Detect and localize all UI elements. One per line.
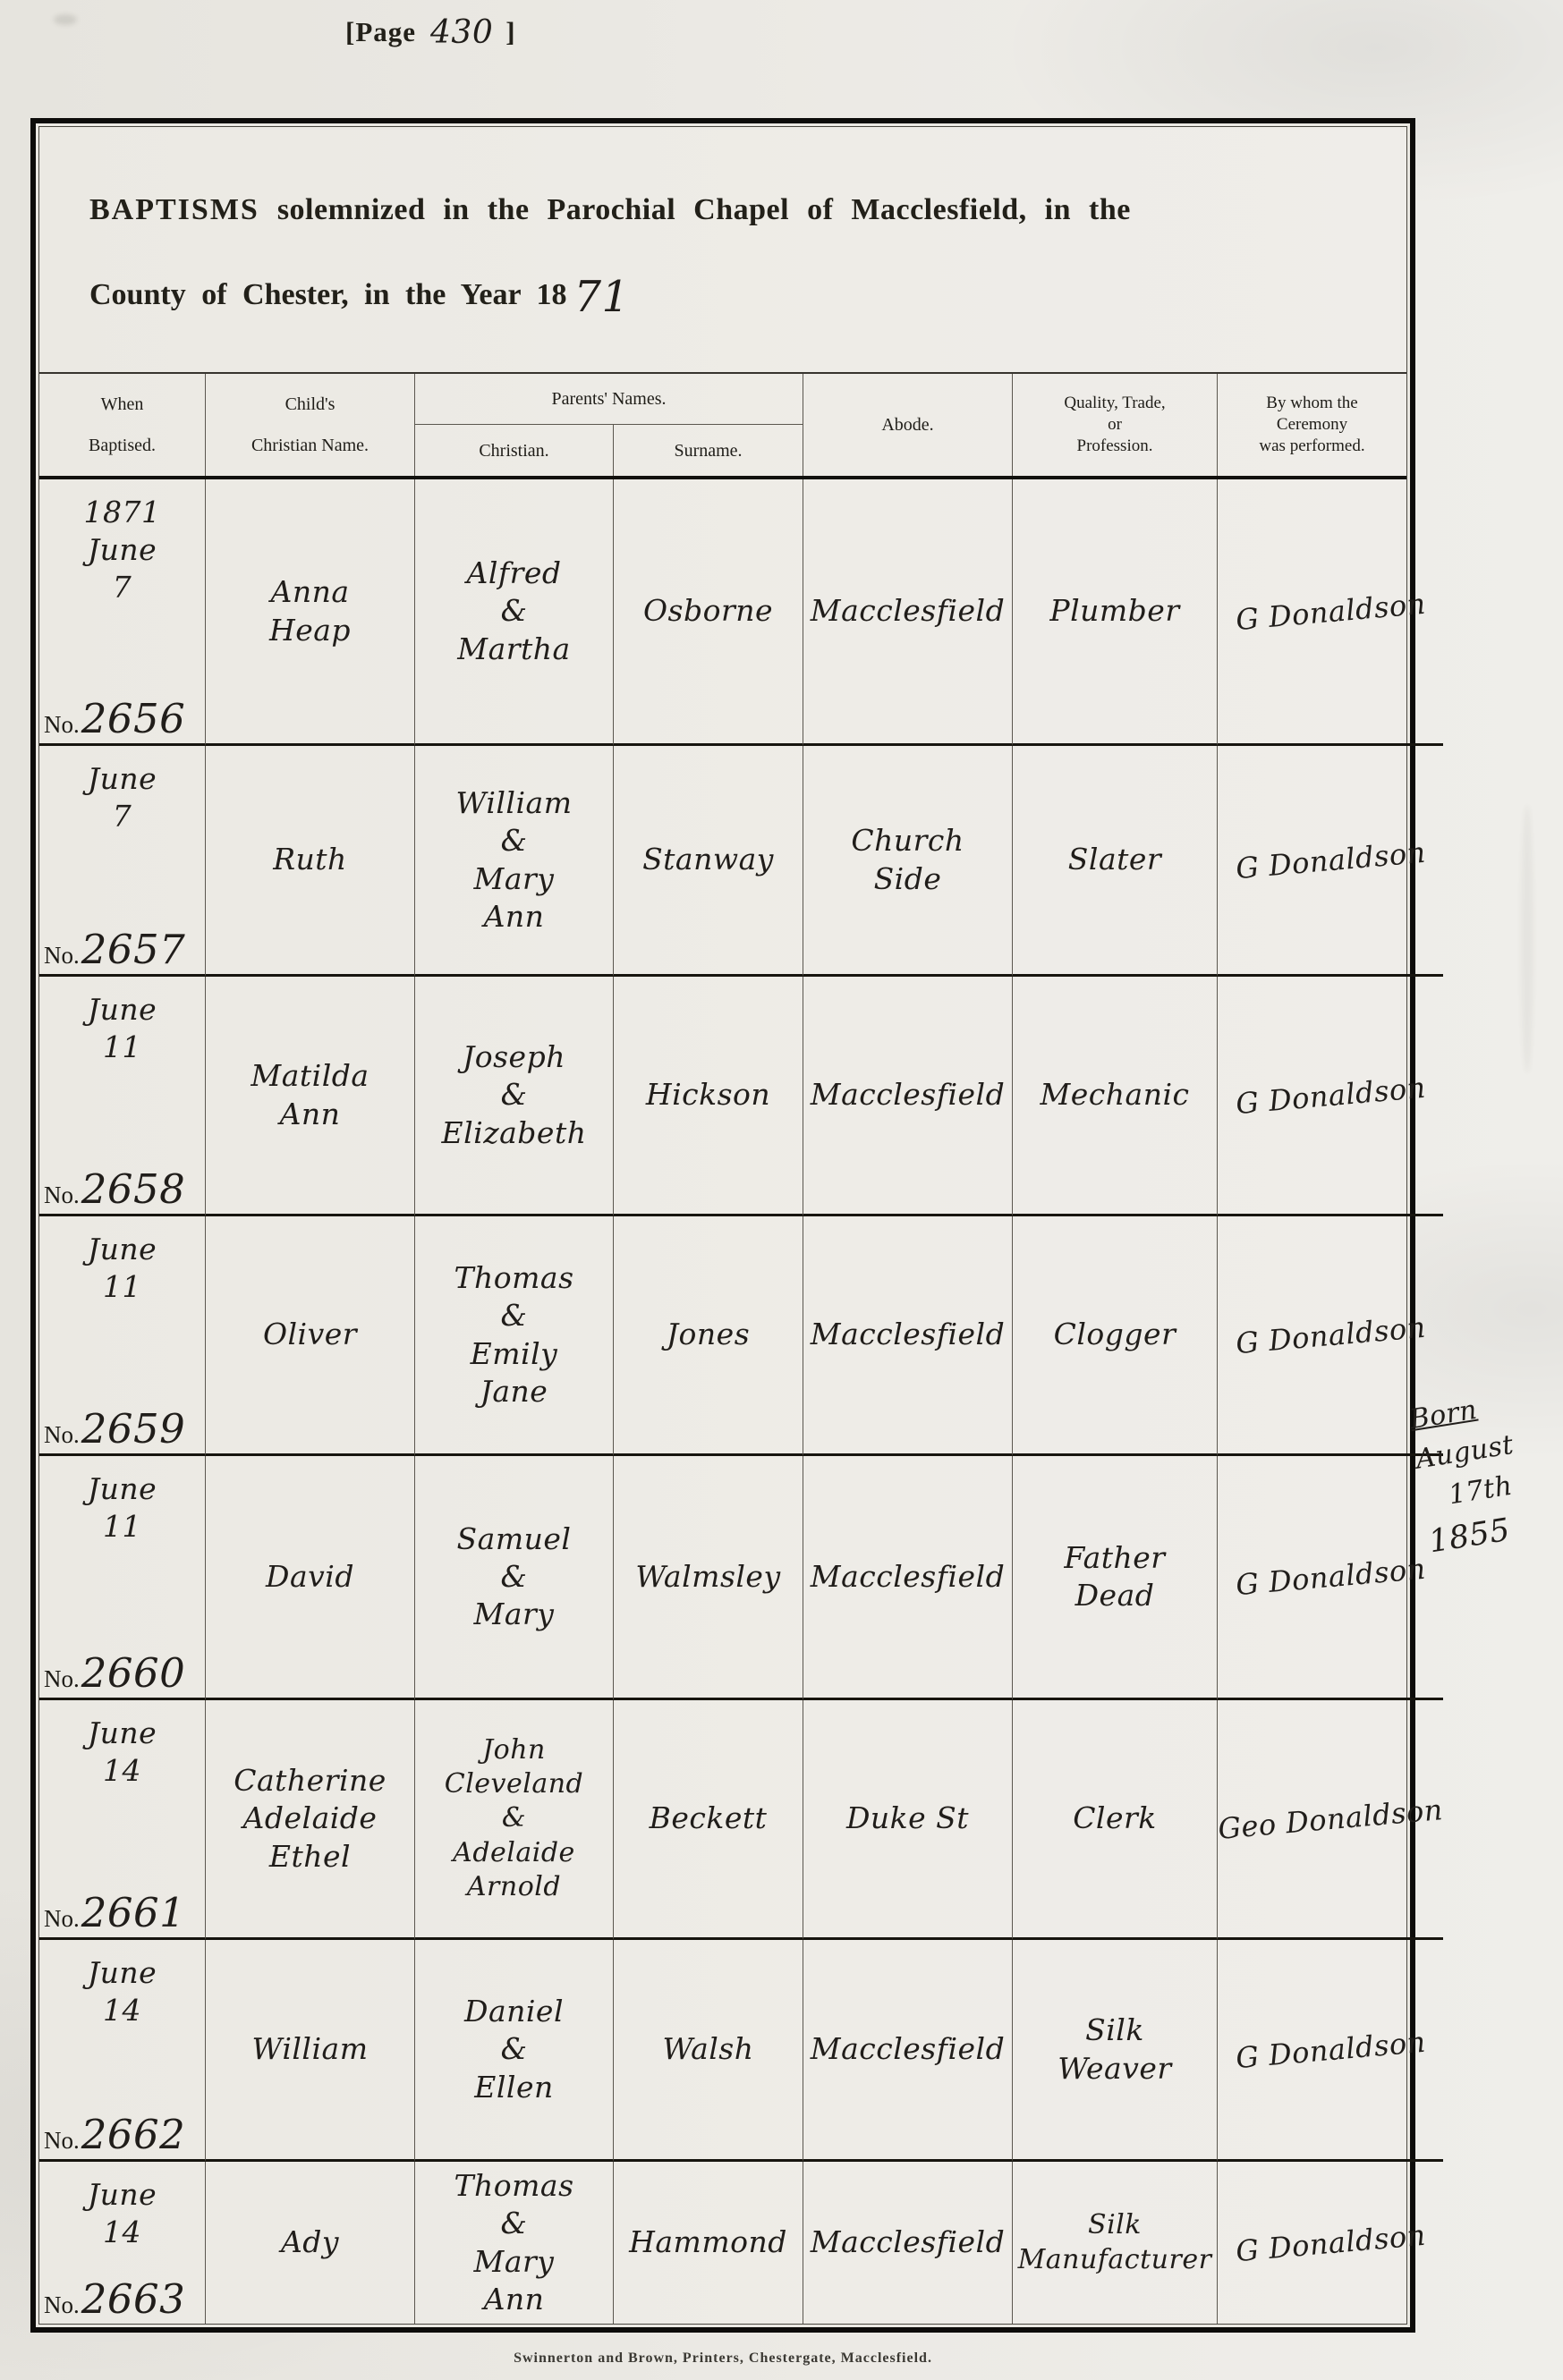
parents-christian-cell: William & Mary Ann <box>415 746 614 977</box>
baptism-date: June 11 <box>39 1456 205 1546</box>
child-name-cell: Oliver <box>206 1216 415 1456</box>
child-name-cell: Anna Heap <box>206 479 415 746</box>
entry-row-2662-when-cell: June 14 No.2662 <box>39 1940 206 2162</box>
no-label: No. <box>44 2291 80 2319</box>
col-header-childs-name: Child's Christian Name. <box>206 374 415 476</box>
title-word-baptisms: BAPTISMS <box>89 193 259 226</box>
col-header-parents-christian: Christian. <box>415 425 614 476</box>
baptism-date: June 11 <box>39 977 205 1066</box>
title-line2-prefix: County of Chester, in the Year <box>89 278 521 311</box>
entry-row-2659-when-cell: June 11 No.2659 <box>39 1216 206 1456</box>
trade-cell: Father Dead <box>1013 1456 1218 1700</box>
minister-cell: G Donaldson <box>1218 746 1443 977</box>
trade-cell: Plumber <box>1013 479 1218 746</box>
parents-christian-cell: Daniel & Ellen <box>415 1940 614 2162</box>
page-label-prefix: [Page <box>345 16 416 47</box>
printer-imprint: Swinnerton and Brown, Printers, Chesterg… <box>30 2350 1415 2367</box>
trade-cell: Silk Manufacturer <box>1013 2162 1218 2324</box>
parents-christian-cell: Alfred & Martha <box>415 479 614 746</box>
entry-number: 2657 <box>81 926 186 973</box>
scan-smudge <box>54 14 77 25</box>
minister-cell: G Donaldson <box>1218 479 1443 746</box>
entry-number: 2656 <box>81 695 186 742</box>
surname-cell: Walsh <box>614 1940 803 2162</box>
no-label: No. <box>44 1665 80 1693</box>
entry-row-2661-when-cell: June 14 No.2661 <box>39 1700 206 1940</box>
baptism-date: 1871 June 7 <box>39 479 205 607</box>
trade-cell: Silk Weaver <box>1013 1940 1218 2162</box>
minister-cell: G Donaldson <box>1218 1940 1443 2162</box>
title-line1: BAPTISMS solemnized in the Parochial Cha… <box>89 193 1371 227</box>
parents-christian-cell: Thomas & Emily Jane <box>415 1216 614 1456</box>
child-name-cell: William <box>206 1940 415 2162</box>
child-name-cell: Ady <box>206 2162 415 2324</box>
surname-cell: Jones <box>614 1216 803 1456</box>
baptism-date: June 14 <box>39 1940 205 2029</box>
trade-cell: Clerk <box>1013 1700 1218 1940</box>
entry-number: 2661 <box>81 1889 186 1936</box>
parents-christian-cell: Samuel & Mary <box>415 1456 614 1700</box>
register-title: BAPTISMS solemnized in the Parochial Cha… <box>39 127 1406 372</box>
no-label: No. <box>44 1905 80 1933</box>
parents-christian-cell: John Cleveland & Adelaide Arnold <box>415 1700 614 1940</box>
entry-number: 2663 <box>81 2275 186 2323</box>
child-name-cell: David <box>206 1456 415 1700</box>
abode-cell: Macclesfield <box>803 977 1013 1216</box>
title-line2: County of Chester, in the Year 1871 <box>89 265 1371 315</box>
parents-christian-cell: Joseph & Elizabeth <box>415 977 614 1216</box>
entry-number: 2659 <box>81 1405 186 1453</box>
entry-number: 2662 <box>81 2111 186 2158</box>
abode-cell: Macclesfield <box>803 479 1013 746</box>
abode-cell: Church Side <box>803 746 1013 977</box>
year-printed: 18 <box>536 278 566 311</box>
surname-cell: Hammond <box>614 2162 803 2324</box>
col-header-parents-surname: Surname. <box>614 425 803 476</box>
page-number: 430 <box>430 14 493 51</box>
col-header-parents-names: Parents' Names. <box>415 374 803 425</box>
surname-cell: Hickson <box>614 977 803 1216</box>
no-label: No. <box>44 1182 80 1209</box>
baptism-date: June 7 <box>39 746 205 835</box>
baptism-date: June 11 <box>39 1216 205 1306</box>
abode-cell: Macclesfield <box>803 1216 1013 1456</box>
margin-note-born-date: Born August 17th 1855 <box>1406 1378 1563 1566</box>
child-name-cell: Catherine Adelaide Ethel <box>206 1700 415 1940</box>
abode-cell: Duke St <box>803 1700 1013 1940</box>
col-header-quality-trade: Quality, Trade, or Profession. <box>1013 374 1218 476</box>
page-label-suffix: ] <box>505 16 515 47</box>
entry-number: 2660 <box>81 1649 186 1697</box>
baptism-date: June 14 <box>39 1700 205 1790</box>
trade-cell: Clogger <box>1013 1216 1218 1456</box>
scan-smudge <box>1521 805 1533 1073</box>
entry-row-2660-when-cell: June 11 No.2660 <box>39 1456 206 1700</box>
table-body: 1871 June 7 No.2656 Anna Heap Alfred & M… <box>39 479 1406 2324</box>
baptism-date: June 14 <box>39 2162 205 2251</box>
child-name-cell: Matilda Ann <box>206 977 415 1216</box>
entry-row-2663-when-cell: June 14 No.2663 <box>39 2162 206 2324</box>
entry-number: 2658 <box>81 1165 186 1213</box>
trade-cell: Slater <box>1013 746 1218 977</box>
trade-cell: Mechanic <box>1013 977 1218 1216</box>
col-header-by-whom: By whom the Ceremony was performed. <box>1218 374 1406 476</box>
entry-row-2657-when-cell: June 7 No.2657 <box>39 746 206 977</box>
abode-cell: Macclesfield <box>803 1456 1013 1700</box>
entry-row-2658-when-cell: June 11 No.2658 <box>39 977 206 1216</box>
no-label: No. <box>44 942 80 970</box>
surname-cell: Osborne <box>614 479 803 746</box>
title-line1-rest: solemnized in the Parochial Chapel of Ma… <box>277 193 1131 226</box>
surname-cell: Walmsley <box>614 1456 803 1700</box>
register-frame: BAPTISMS solemnized in the Parochial Cha… <box>30 118 1415 2333</box>
col-header-when-baptised: When Baptised. <box>39 374 206 476</box>
abode-cell: Macclesfield <box>803 2162 1013 2324</box>
no-label: No. <box>44 1421 80 1449</box>
page-label: [Page430] <box>345 13 516 49</box>
surname-cell: Stanway <box>614 746 803 977</box>
entry-row-2656-when-cell: 1871 June 7 No.2656 <box>39 479 206 746</box>
minister-cell: G Donaldson <box>1218 1456 1443 1700</box>
no-label: No. <box>44 711 80 739</box>
parents-christian-cell: Thomas & Mary Ann <box>415 2162 614 2324</box>
col-header-abode: Abode. <box>803 374 1013 476</box>
year-handwritten: 71 <box>573 272 629 322</box>
abode-cell: Macclesfield <box>803 1940 1013 2162</box>
no-label: No. <box>44 2127 80 2155</box>
minister-cell: Geo Donaldson <box>1218 1700 1443 1940</box>
surname-cell: Beckett <box>614 1700 803 1940</box>
table-header: When Baptised. Child's Christian Name. P… <box>39 372 1406 479</box>
minister-cell: G Donaldson <box>1218 2162 1443 2324</box>
minister-cell: G Donaldson <box>1218 977 1443 1216</box>
child-name-cell: Ruth <box>206 746 415 977</box>
